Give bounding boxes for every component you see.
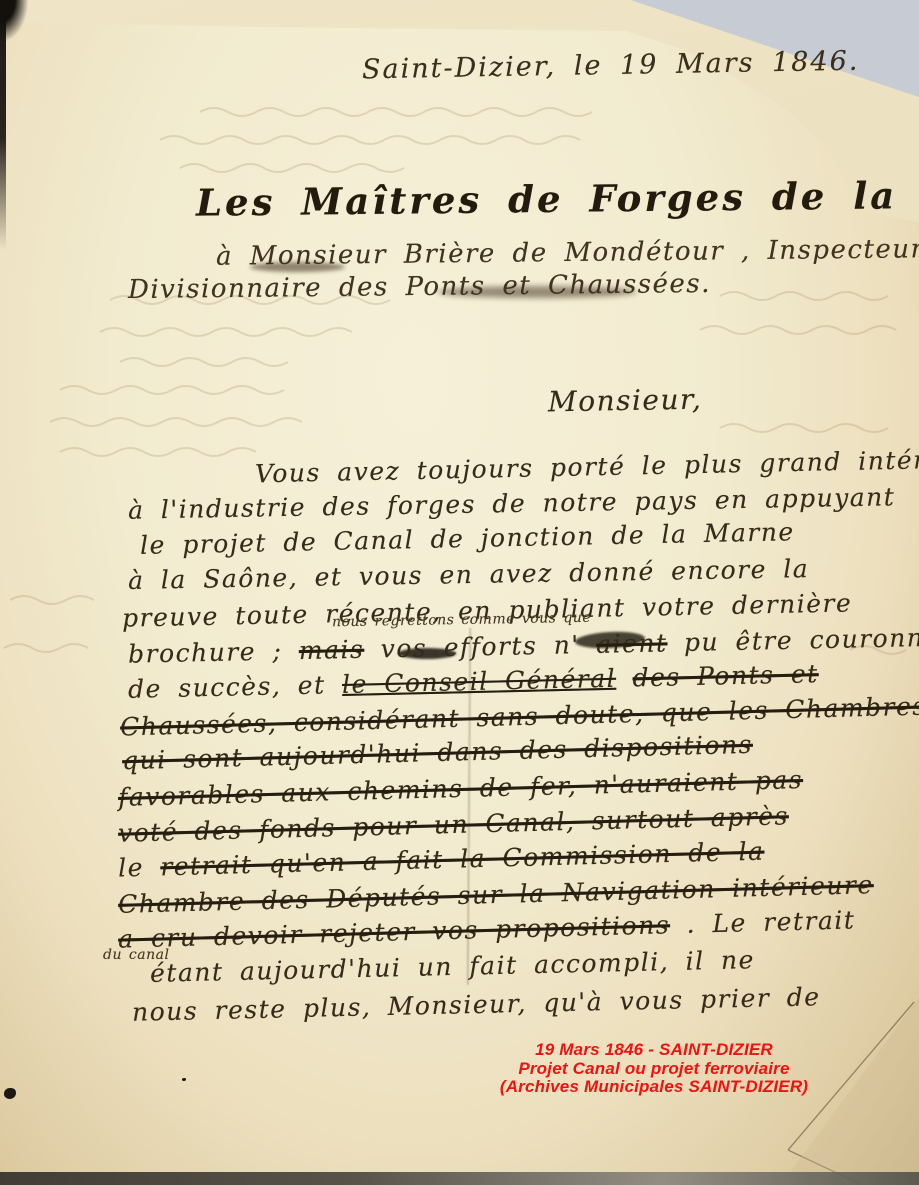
struck-text: aient xyxy=(596,628,668,658)
letter-heading: Les Maîtres de Forges de la Marne. xyxy=(196,171,919,224)
addressee-line: Divisionnaire des Ponts et Chaussées. xyxy=(128,269,711,305)
caption-subject-line: Projet Canal ou projet ferroviaire xyxy=(470,1060,838,1079)
line-text: le xyxy=(118,853,145,883)
photo-corner-shadow xyxy=(0,0,28,42)
archive-caption: 19 Mars 1846 - SAINT-DIZIER Projet Canal… xyxy=(470,1041,838,1097)
document-photo: Saint-Dizier, le 19 Mars 1846. Les Maîtr… xyxy=(0,0,919,1185)
line-text: pu être couronnés xyxy=(684,622,919,657)
struck-text: mais xyxy=(299,635,365,665)
line-text: brochure ; xyxy=(128,636,283,668)
caption-date-line: 19 Mars 1846 - SAINT-DIZIER xyxy=(470,1041,838,1060)
photo-edge-bottom xyxy=(0,1172,919,1185)
caption-source-line: (Archives Municipales SAINT-DIZIER) xyxy=(470,1078,838,1097)
line-text: vos efforts n' xyxy=(380,630,580,663)
underlined-struck-text: le Conseil Général xyxy=(342,664,617,699)
salutation: Monsieur, xyxy=(548,383,703,419)
line-text: . Le retrait xyxy=(686,905,856,938)
struck-text: des Ponts et xyxy=(632,659,819,692)
line-text: de succès, et xyxy=(128,670,326,703)
